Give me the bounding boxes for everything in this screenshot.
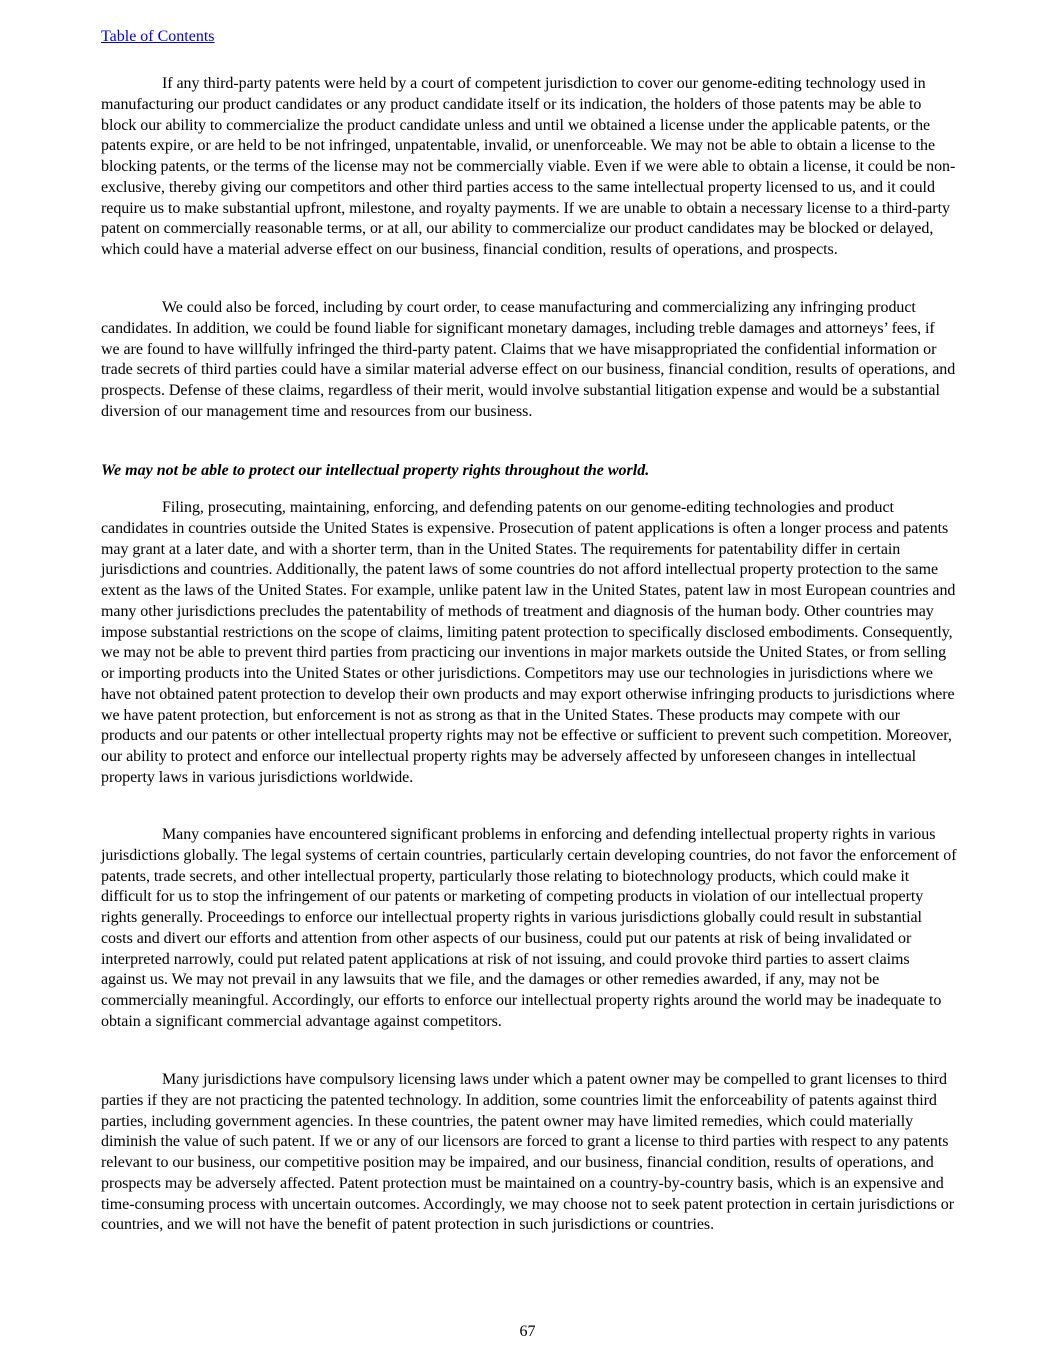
page-number: 67 [0, 1322, 1055, 1342]
paragraph-court-order: We could also be forced, including by co… [101, 298, 957, 423]
table-of-contents-link[interactable]: Table of Contents [101, 27, 215, 47]
paragraph-filing-prosecuting: Filing, prosecuting, maintaining, enforc… [101, 498, 957, 789]
paragraph-compulsory-licensing: Many jurisdictions have compulsory licen… [101, 1070, 957, 1236]
section-heading-ip-protection: We may not be able to protect our intell… [101, 461, 957, 481]
paragraph-enforcement-problems: Many companies have encountered signific… [101, 825, 957, 1033]
paragraph-third-party-patents: If any third-party patents were held by … [101, 74, 957, 261]
